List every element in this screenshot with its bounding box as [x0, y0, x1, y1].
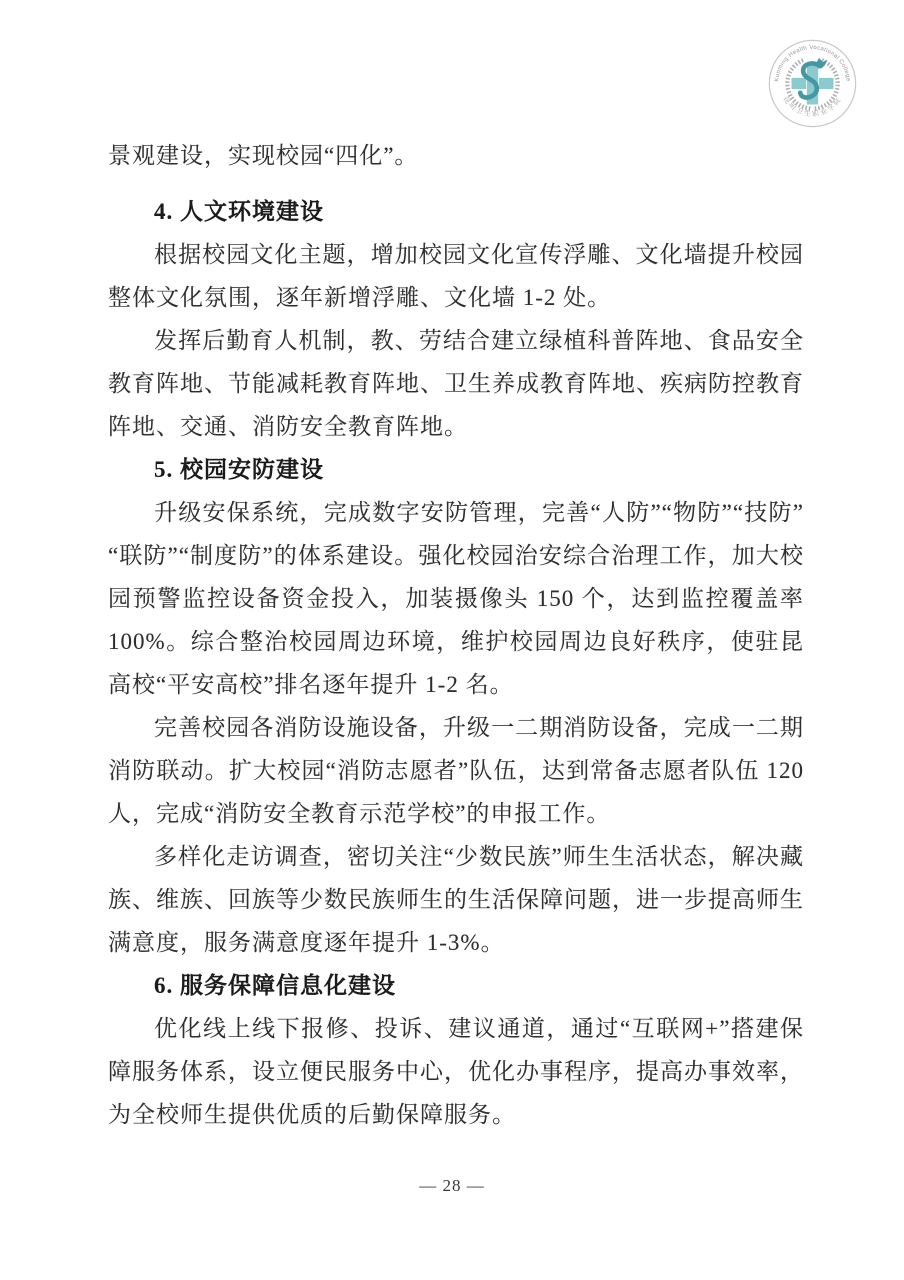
document-body: 景观建设，实现校园“四化”。 4. 人文环境建设 根据校园文化主题，增加校园文化…: [108, 134, 804, 1136]
college-logo: Kunming Health Vocational College 昆明卫生职业…: [766, 37, 859, 130]
paragraph-security-system: 升级安保系统，完成数字安防管理，完善“人防”“物防”“技防”“联防”“制度防”的…: [108, 491, 804, 706]
paragraph-minority-services: 多样化走访调查，密切关注“少数民族”师生生活状态，解决藏族、维族、回族等少数民族…: [108, 835, 804, 964]
paragraph-culture-wall: 根据校园文化主题，增加校园文化宣传浮雕、文化墙提升校园整体文化氛围，逐年新增浮雕…: [108, 233, 804, 319]
paragraph-education-bases: 发挥后勤育人机制，教、劳结合建立绿植科普阵地、食品安全教育阵地、节能减耗教育阵地…: [108, 319, 804, 448]
section-heading-4: 4. 人文环境建设: [108, 190, 804, 233]
document-page: Kunming Health Vocational College 昆明卫生职业…: [0, 0, 904, 1280]
paragraph-service-informatization: 优化线上线下报修、投诉、建议通道，通过“互联网+”搭建保障服务体系，设立便民服务…: [108, 1007, 804, 1136]
page-number: — 28 —: [0, 1176, 904, 1196]
section-heading-6: 6. 服务保障信息化建设: [108, 964, 804, 1007]
paragraph-fire-safety: 完善校园各消防设施设备，升级一二期消防设备，完成一二期消防联动。扩大校园“消防志…: [108, 706, 804, 835]
college-logo-graphic: Kunming Health Vocational College 昆明卫生职业…: [766, 37, 859, 130]
paragraph-continuation: 景观建设，实现校园“四化”。: [108, 134, 804, 177]
section-heading-5: 5. 校园安防建设: [108, 448, 804, 491]
